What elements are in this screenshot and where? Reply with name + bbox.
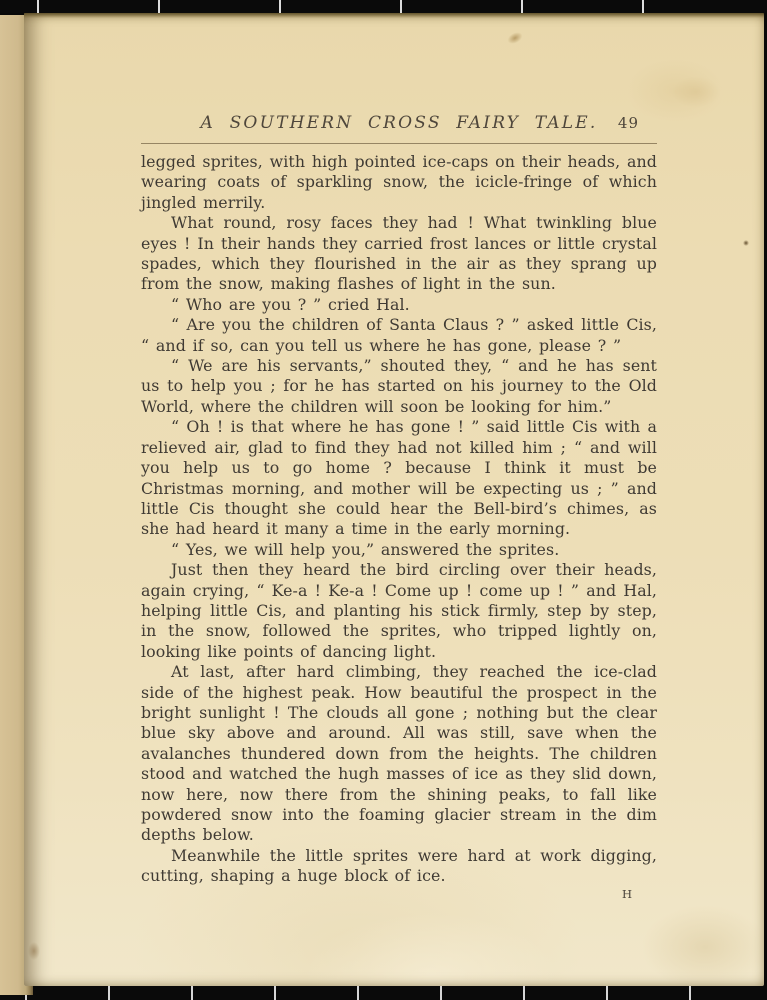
scanner-ruler-top [0, 0, 767, 13]
paragraph: “ Oh ! is that where he has gone ! ” sai… [141, 417, 657, 539]
stain [502, 27, 528, 50]
running-title: A SOUTHERN CROSS FAIRY TALE. [141, 112, 657, 134]
text-block: legged sprites, with high pointed ice-ca… [141, 152, 657, 887]
page-header: A SOUTHERN CROSS FAIRY TALE. 49 [141, 112, 657, 138]
paragraph: “ Yes, we will help you,” answered the s… [141, 540, 657, 560]
paragraph: “ We are his servants,” shouted they, “ … [141, 356, 657, 417]
page-content: A SOUTHERN CROSS FAIRY TALE. 49 legged s… [141, 112, 657, 901]
scanner-ruler-bottom [0, 986, 767, 1000]
stain [664, 71, 728, 113]
paragraph: Meanwhile the little sprites were hard a… [141, 846, 657, 887]
paragraph: “ Who are you ? ” cried Hal. [141, 295, 657, 315]
paragraph: What round, rosy faces they had ! What t… [141, 213, 657, 295]
header-rule [141, 143, 657, 144]
paragraph: “ Are you the children of Santa Claus ? … [141, 315, 657, 356]
paragraph: legged sprites, with high pointed ice-ca… [141, 152, 657, 213]
book-page: A SOUTHERN CROSS FAIRY TALE. 49 legged s… [24, 13, 764, 986]
paragraph: Just then they heard the bird circling o… [141, 560, 657, 662]
paragraph: At last, after hard climbing, they reach… [141, 662, 657, 846]
signature-mark: H [141, 887, 657, 901]
stain [742, 239, 750, 247]
page-number: 49 [618, 114, 639, 132]
stain [26, 939, 42, 963]
